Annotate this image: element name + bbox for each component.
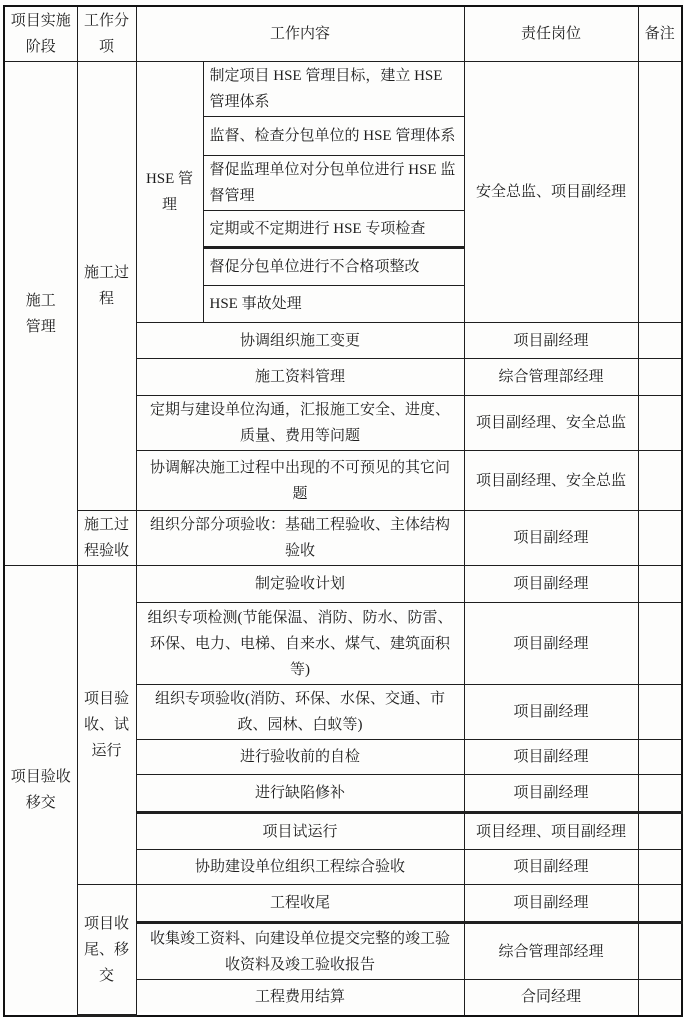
subitem-cell-closeout-handover: 项目收 尾、移 交 — [77, 885, 136, 1016]
table-row: 施工 管理 施工过 程 HSE 管 理 制定项目 HSE 管理目标，建立 HSE… — [4, 62, 682, 117]
responsibility-table: 项目实施 阶段 工作分 项 工作内容 责任岗位 备注 施工 管理 施工过 程 H… — [3, 5, 683, 1017]
table-row: 施工过 程验收 组织分部分项验收：基础工程验收、主体结构验收 项目副经理 — [4, 511, 682, 566]
header-row: 项目实施 阶段 工作分 项 工作内容 责任岗位 备注 — [4, 6, 682, 62]
content-cell: 施工资料管理 — [136, 359, 464, 396]
content-cell: 协调解决施工过程中出现的不可预见的其它问题 — [136, 451, 464, 511]
header-phase: 项目实施 阶段 — [4, 6, 77, 62]
header-content: 工作内容 — [136, 6, 464, 62]
role-cell: 综合管理部经理 — [464, 359, 638, 396]
note-cell — [638, 359, 682, 396]
content-cell: 工程收尾 — [136, 885, 464, 923]
content-cell: 监督、检查分包单位的 HSE 管理体系 — [203, 117, 464, 156]
content-cell: 工程费用结算 — [136, 980, 464, 1016]
note-cell — [638, 685, 682, 740]
note-cell — [638, 511, 682, 566]
content-cell: 组织分部分项验收：基础工程验收、主体结构验收 — [136, 511, 464, 566]
header-subitem: 工作分 项 — [77, 6, 136, 62]
document-page: 项目实施 阶段 工作分 项 工作内容 责任岗位 备注 施工 管理 施工过 程 H… — [0, 0, 684, 1012]
content-cell: 定期与建设单位沟通，汇报施工安全、进度、质量、费用等问题 — [136, 396, 464, 451]
role-cell: 项目副经理、安全总监 — [464, 396, 638, 451]
role-cell: 项目副经理 — [464, 511, 638, 566]
content-cell: 制定验收计划 — [136, 566, 464, 603]
role-cell: 安全总监、项目副经理 — [464, 62, 638, 323]
note-cell — [638, 62, 682, 323]
hse-group-cell: HSE 管 理 — [136, 62, 203, 323]
note-cell — [638, 775, 682, 813]
table-row: 项目收 尾、移 交 工程收尾 项目副经理 — [4, 885, 682, 923]
content-cell: 督促分包单位进行不合格项整改 — [203, 248, 464, 286]
note-cell — [638, 323, 682, 359]
content-cell: 进行缺陷修补 — [136, 775, 464, 813]
content-cell: 收集竣工资料、向建设单位提交完整的竣工验收资料及竣工验收报告 — [136, 923, 464, 980]
note-cell — [638, 603, 682, 685]
subitem-cell-acceptance-trial: 项目验 收、试 运行 — [77, 566, 136, 885]
table-row: 项目验收 移交 项目验 收、试 运行 制定验收计划 项目副经理 — [4, 566, 682, 603]
role-cell: 项目副经理 — [464, 850, 638, 885]
content-cell: 协助建设单位组织工程综合验收 — [136, 850, 464, 885]
content-cell: 组织专项检测(节能保温、消防、防水、防雷、环保、电力、电梯、自来水、煤气、建筑面… — [136, 603, 464, 685]
role-cell: 项目副经理 — [464, 323, 638, 359]
content-cell: 项目试运行 — [136, 813, 464, 850]
note-cell — [638, 923, 682, 980]
note-cell — [638, 566, 682, 603]
note-cell — [638, 451, 682, 511]
note-cell — [638, 980, 682, 1016]
role-cell: 项目副经理 — [464, 685, 638, 740]
content-cell: 协调组织施工变更 — [136, 323, 464, 359]
note-cell — [638, 850, 682, 885]
note-cell — [638, 885, 682, 923]
role-cell: 项目副经理 — [464, 603, 638, 685]
content-cell: 督促监理单位对分包单位进行 HSE 监督管理 — [203, 156, 464, 211]
note-cell — [638, 813, 682, 850]
role-cell: 项目经理、项目副经理 — [464, 813, 638, 850]
role-cell: 项目副经理 — [464, 885, 638, 923]
header-role: 责任岗位 — [464, 6, 638, 62]
note-cell — [638, 740, 682, 775]
content-cell: 定期或不定期进行 HSE 专项检查 — [203, 211, 464, 248]
content-cell: 制定项目 HSE 管理目标，建立 HSE 管理体系 — [203, 62, 464, 117]
subitem-cell-process: 施工过 程 — [77, 62, 136, 511]
content-cell: 进行验收前的自检 — [136, 740, 464, 775]
role-cell: 综合管理部经理 — [464, 923, 638, 980]
phase-cell-handover: 项目验收 移交 — [4, 566, 77, 1016]
phase-cell-construction: 施工 管理 — [4, 62, 77, 566]
role-cell: 合同经理 — [464, 980, 638, 1016]
role-cell: 项目副经理 — [464, 566, 638, 603]
content-cell: 组织专项验收(消防、环保、水保、交通、市政、园林、白蚁等) — [136, 685, 464, 740]
role-cell: 项目副经理 — [464, 775, 638, 813]
role-cell: 项目副经理、安全总监 — [464, 451, 638, 511]
header-note: 备注 — [638, 6, 682, 62]
note-cell — [638, 396, 682, 451]
content-cell: HSE 事故处理 — [203, 286, 464, 323]
subitem-cell-process-acceptance: 施工过 程验收 — [77, 511, 136, 566]
role-cell: 项目副经理 — [464, 740, 638, 775]
